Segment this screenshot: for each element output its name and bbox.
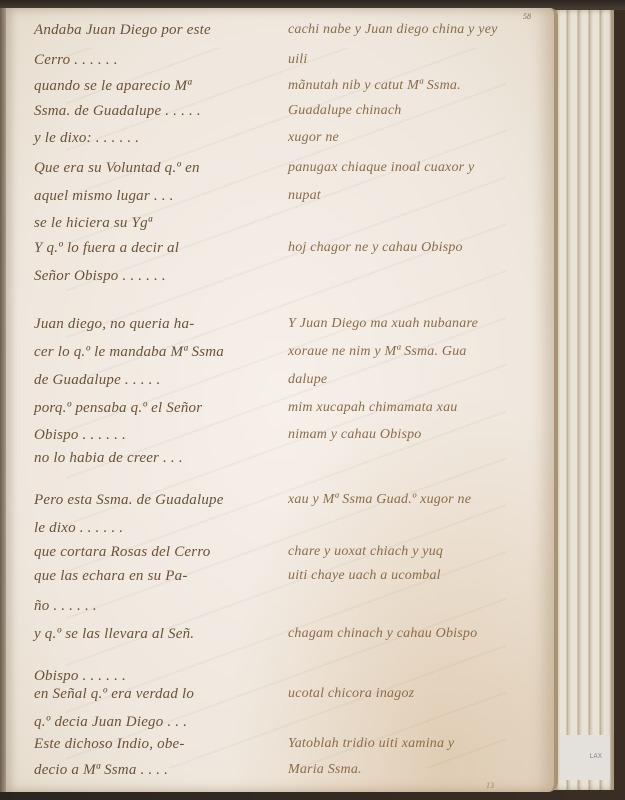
manuscript-line: dalupe: [288, 372, 327, 388]
manuscript-line: ucotal chicora inagoz: [288, 686, 414, 702]
manuscript-line: de Guadalupe . . . . .: [34, 372, 160, 389]
manuscript-line: q.º decia Juan Diego . . .: [34, 714, 187, 731]
manuscript-line: xoraue ne nim y Mª Ssma. Gua: [288, 344, 467, 360]
manuscript-line: mim xucapah chimamata xau: [288, 400, 457, 416]
manuscript-line: no lo habia de creer . . .: [34, 450, 183, 467]
manuscript-line: y le dixo: . . . . . .: [34, 130, 139, 147]
manuscript-line: chare y uoxat chiach y yuq: [288, 544, 443, 560]
manuscript-line: Ssma. de Guadalupe . . . . .: [34, 103, 201, 120]
manuscript-line: Cerro . . . . . .: [34, 52, 118, 69]
manuscript-line: y q.º se las llevara al Señ.: [34, 626, 194, 643]
manuscript-line: Guadalupe chinach: [288, 103, 401, 119]
manuscript-line: le dixo . . . . . .: [34, 520, 123, 537]
manuscript-line: Y Juan Diego ma xuah nubanare: [288, 316, 478, 332]
manuscript-line: que cortara Rosas del Cerro: [34, 544, 211, 561]
manuscript-line: Pero esta Ssma. de Guadalupe: [34, 492, 224, 509]
manuscript-line: chagam chinach y cahau Obispo: [288, 626, 477, 642]
manuscript-line: cer lo q.º le mandaba Mª Ssma: [34, 344, 224, 361]
manuscript-line: panugax chiaque inoal cuaxor y: [288, 160, 474, 176]
manuscript-line: Este dichoso Indio, obe-: [34, 736, 185, 753]
manuscript-line: Señor Obispo . . . . . .: [34, 268, 166, 285]
manuscript-page: 58 13 Andaba Juan Diego por esteCerro . …: [6, 8, 558, 792]
manuscript-line: ño . . . . . .: [34, 598, 97, 615]
manuscript-line: nimam y cahau Obispo: [288, 427, 422, 443]
manuscript-line: se le hiciera su Ygª: [34, 215, 152, 232]
manuscript-line: en Señal q.º era verdad lo: [34, 686, 194, 703]
manuscript-line: Obispo . . . . . .: [34, 668, 126, 685]
manuscript-line: que las echara en su Pa-: [34, 568, 188, 585]
manuscript-line: xugor ne: [288, 130, 339, 146]
manuscript-line: hoj chagor ne y cahau Obispo: [288, 240, 463, 256]
manuscript-line: uiti chaye uach a ucombal: [288, 568, 441, 584]
manuscript-line: uili: [288, 52, 307, 68]
manuscript-line: Andaba Juan Diego por este: [34, 22, 211, 39]
manuscript-line: Maria Ssma.: [288, 762, 362, 778]
manuscript-line: xau y Mª Ssma Guad.º xugor ne: [288, 492, 471, 508]
manuscript-line: Juan diego, no queria ha-: [34, 316, 194, 333]
corner-mark: LAX: [589, 752, 602, 760]
manuscript-line: cachi nabe y Juan diego china y yey: [288, 22, 498, 38]
manuscript-line: Y q.º lo fuera a decir al: [34, 240, 179, 257]
manuscript-line: decio a Mª Ssma . . . .: [34, 762, 168, 779]
manuscript-line: Yatoblah tridio uiti xamina y: [288, 736, 454, 752]
manuscript-line: porq.º pensaba q.º el Señor: [34, 400, 202, 417]
page-number: 58: [523, 12, 531, 21]
manuscript-line: aquel mismo lugar . . .: [34, 188, 174, 205]
manuscript-line: Que era su Voluntad q.º en: [34, 160, 200, 177]
folded-corner: [560, 735, 610, 780]
manuscript-line: mãnutah nib y catut Mª Ssma.: [288, 78, 461, 94]
manuscript-line: quando se le aparecio Mª: [34, 78, 192, 95]
manuscript-line: Obispo . . . . . .: [34, 427, 126, 444]
folio-number: 13: [486, 781, 494, 790]
manuscript-line: nupat: [288, 188, 321, 204]
